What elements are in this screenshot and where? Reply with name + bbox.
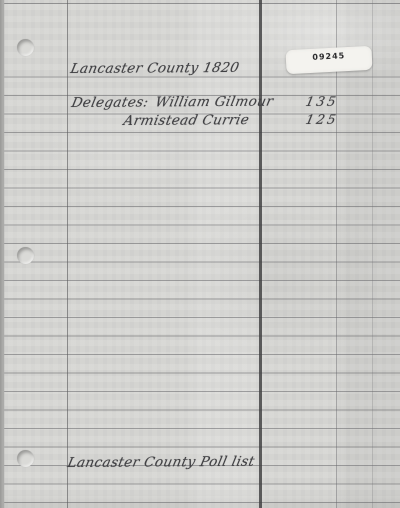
vote-count: 125 — [300, 113, 343, 129]
sticker-number: 09245 — [286, 50, 372, 63]
catalog-sticker: 09245 — [285, 46, 372, 74]
column-divider-thin — [336, 0, 337, 508]
punch-hole — [17, 39, 34, 56]
scanned-ledger-page: 09245 Lancaster County 1820 Delegates:Wi… — [0, 0, 400, 508]
delegate-name: Armistead Currie — [122, 112, 251, 129]
delegate-name: William Gilmour — [154, 94, 275, 111]
vote-count: 135 — [300, 95, 343, 111]
paper-sheet: 09245 Lancaster County 1820 Delegates:Wi… — [4, 0, 400, 508]
margin-line — [67, 0, 68, 508]
scan-left-edge — [0, 0, 5, 508]
delegate-row: Delegates:William Gilmour — [70, 94, 275, 111]
page-title-handwriting: Lancaster County 1820 — [69, 60, 241, 77]
delegate-row: Armistead Currie — [122, 112, 251, 129]
footer-note-handwriting: Lancaster County Poll list — [66, 454, 256, 471]
delegates-label: Delegates: — [70, 94, 150, 111]
column-divider-heavy — [259, 0, 262, 508]
paper-top-edge-line — [4, 3, 400, 4]
column-divider-faint — [372, 0, 373, 508]
punch-hole — [17, 247, 34, 264]
punch-hole — [17, 450, 34, 467]
